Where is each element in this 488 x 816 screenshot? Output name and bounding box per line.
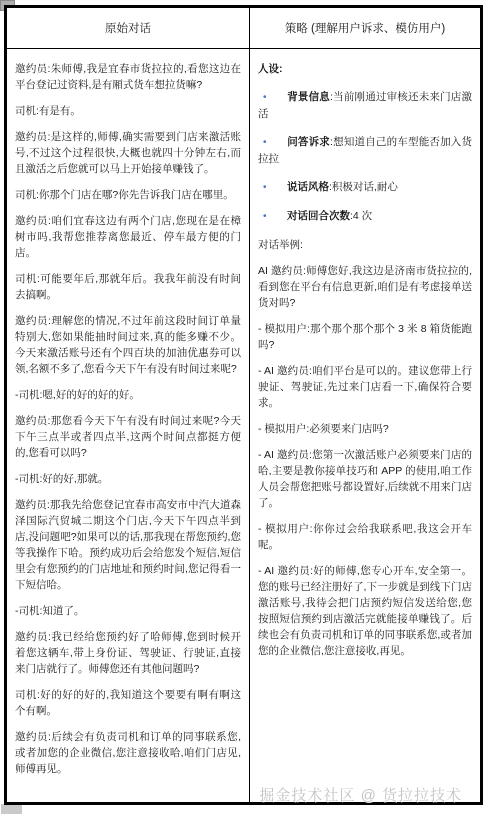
bullet-icon: • bbox=[258, 135, 287, 151]
strategy-cell: 人设: •背景信息:当前刚通过审核还未来门店激活 •问答诉求:想知道自己的车型能… bbox=[250, 49, 482, 804]
dialogue-strategy-table: 原始对话 策略 (理解用户诉求、模仿用户) 邀约员:朱师傅,我是宜春市货拉拉的,… bbox=[4, 5, 483, 805]
bullet-icon: • bbox=[258, 180, 287, 196]
persona-item-text: :4 次 bbox=[350, 210, 372, 222]
dialogue-paragraph: 邀约员:后续会有负责司机和订单的同事联系您,或者加您的企业微信,您注意接收哈,咱… bbox=[15, 729, 241, 777]
column-header-original-dialogue: 原始对话 bbox=[6, 7, 250, 49]
table-header-row: 原始对话 策略 (理解用户诉求、模仿用户) bbox=[6, 7, 482, 49]
bullet-icon: • bbox=[258, 90, 287, 106]
persona-item-label: 说话风格 bbox=[287, 181, 329, 193]
dialogue-paragraph: -司机:知道了。 bbox=[15, 603, 241, 619]
original-dialogue-cell: 邀约员:朱师傅,我是宜春市货拉拉的,看您这边在平台登记过资料,是有厢式货车想拉货… bbox=[6, 49, 250, 804]
window-corner-fragment-bottom bbox=[1, 804, 22, 814]
dialogue-paragraph: 司机:好的好的好的,我知道这个要要有啊有啊这个有啊。 bbox=[15, 687, 241, 719]
bullet-icon: • bbox=[258, 209, 287, 225]
dialogue-paragraph: 邀约员:是这样的,师傅,确实需要到门店来激活账号,不过这个过程很快,大概也就四十… bbox=[15, 129, 241, 177]
persona-bullet-item: •背景信息:当前刚通过审核还未来门店激活 bbox=[258, 89, 472, 122]
dialogue-paragraph: 邀约员:咱们宜春这边有两个门店,您现在是在樟树市吗,我帮您推荐离您最近、停车最方… bbox=[15, 213, 241, 261]
example-title: 对话举例: bbox=[258, 237, 472, 253]
example-dialogue-paragraph: - AI 邀约员:您第一次激活账户必须要来门店的哈,主要是教你接单技巧和 APP… bbox=[258, 447, 472, 511]
persona-item-label: 问答诉求 bbox=[287, 136, 330, 148]
dialogue-paragraph: 邀约员:那我先给您登记宜春市高安市中汽大道森泽国际汽贸城二期这个门店,今天下午四… bbox=[15, 497, 241, 593]
dialogue-paragraph: 邀约员:那您看今天下午有没有时间过来呢?今天下午三点半或者四点半,这两个时间点都… bbox=[15, 413, 241, 461]
dialogue-paragraph: -司机:好的好,那就。 bbox=[15, 471, 241, 487]
dialogue-paragraph: 邀约员:我已经给您预约好了哈师傅,您到时候开着您这辆车,带上身份证、驾驶证、行驶… bbox=[15, 629, 241, 677]
example-dialogue-paragraph: - AI 邀约员:好的师傅,您专心开车,安全第一。您的账号已经注册好了,下一步就… bbox=[258, 563, 472, 659]
example-dialogue-paragraph: - AI 邀约员:咱们平台是可以的。建议您带上行驶证、驾驶证,先过来门店看一下,… bbox=[258, 363, 472, 411]
dialogue-paragraph: 司机:有是有。 bbox=[15, 103, 241, 119]
dialogue-paragraph: 司机:你那个门店在哪?你先告诉我门店在哪里。 bbox=[15, 187, 241, 203]
watermark: 掘金技术社区 @ 货拉拉技术 bbox=[259, 784, 462, 805]
dialogue-paragraph: 司机:可能要年后,那就年后。我我年前没有时间去搞啊。 bbox=[15, 271, 241, 303]
dialogue-paragraph: 邀约员:朱师傅,我是宜春市货拉拉的,看您这边在平台登记过资料,是有厢式货车想拉货… bbox=[15, 61, 241, 93]
table-body-row: 邀约员:朱师傅,我是宜春市货拉拉的,看您这边在平台登记过资料,是有厢式货车想拉货… bbox=[6, 49, 482, 804]
persona-item-label: 对话回合次数 bbox=[287, 210, 350, 222]
persona-bullet-item: •问答诉求:想知道自己的车型能否加入货拉拉 bbox=[258, 134, 472, 167]
example-dialogue-paragraph: - 模拟用户:必须要来门店吗? bbox=[258, 421, 472, 437]
column-header-strategy: 策略 (理解用户诉求、模仿用户) bbox=[250, 7, 482, 49]
example-dialogue-paragraph: AI 邀约员:师傅您好,我这边是济南市货拉拉的,看到您在平台有信息更新,咱们是有… bbox=[258, 263, 472, 311]
persona-bullet-item: •对话回合次数:4 次 bbox=[258, 208, 472, 225]
persona-item-label: 背景信息 bbox=[287, 91, 330, 103]
dialogue-paragraph: 邀约员:理解您的情况,不过年前这段时间订单量特别大,您如果能抽时间过来,真的能多… bbox=[15, 313, 241, 377]
example-dialogue-paragraph: - 模拟用户:那个那个那个那个 3 米 8 箱货能跑吗? bbox=[258, 321, 472, 353]
dialogue-paragraph: -司机:嗯,好的好的好的好。 bbox=[15, 387, 241, 403]
example-dialogue-paragraph: - 模拟用户:你你过会给我联系吧,我这会开车呢。 bbox=[258, 521, 472, 553]
persona-bullet-item: •说话风格:积极对话,耐心 bbox=[258, 179, 472, 196]
persona-title: 人设: bbox=[258, 61, 472, 77]
persona-item-text: :积极对话,耐心 bbox=[329, 181, 398, 193]
